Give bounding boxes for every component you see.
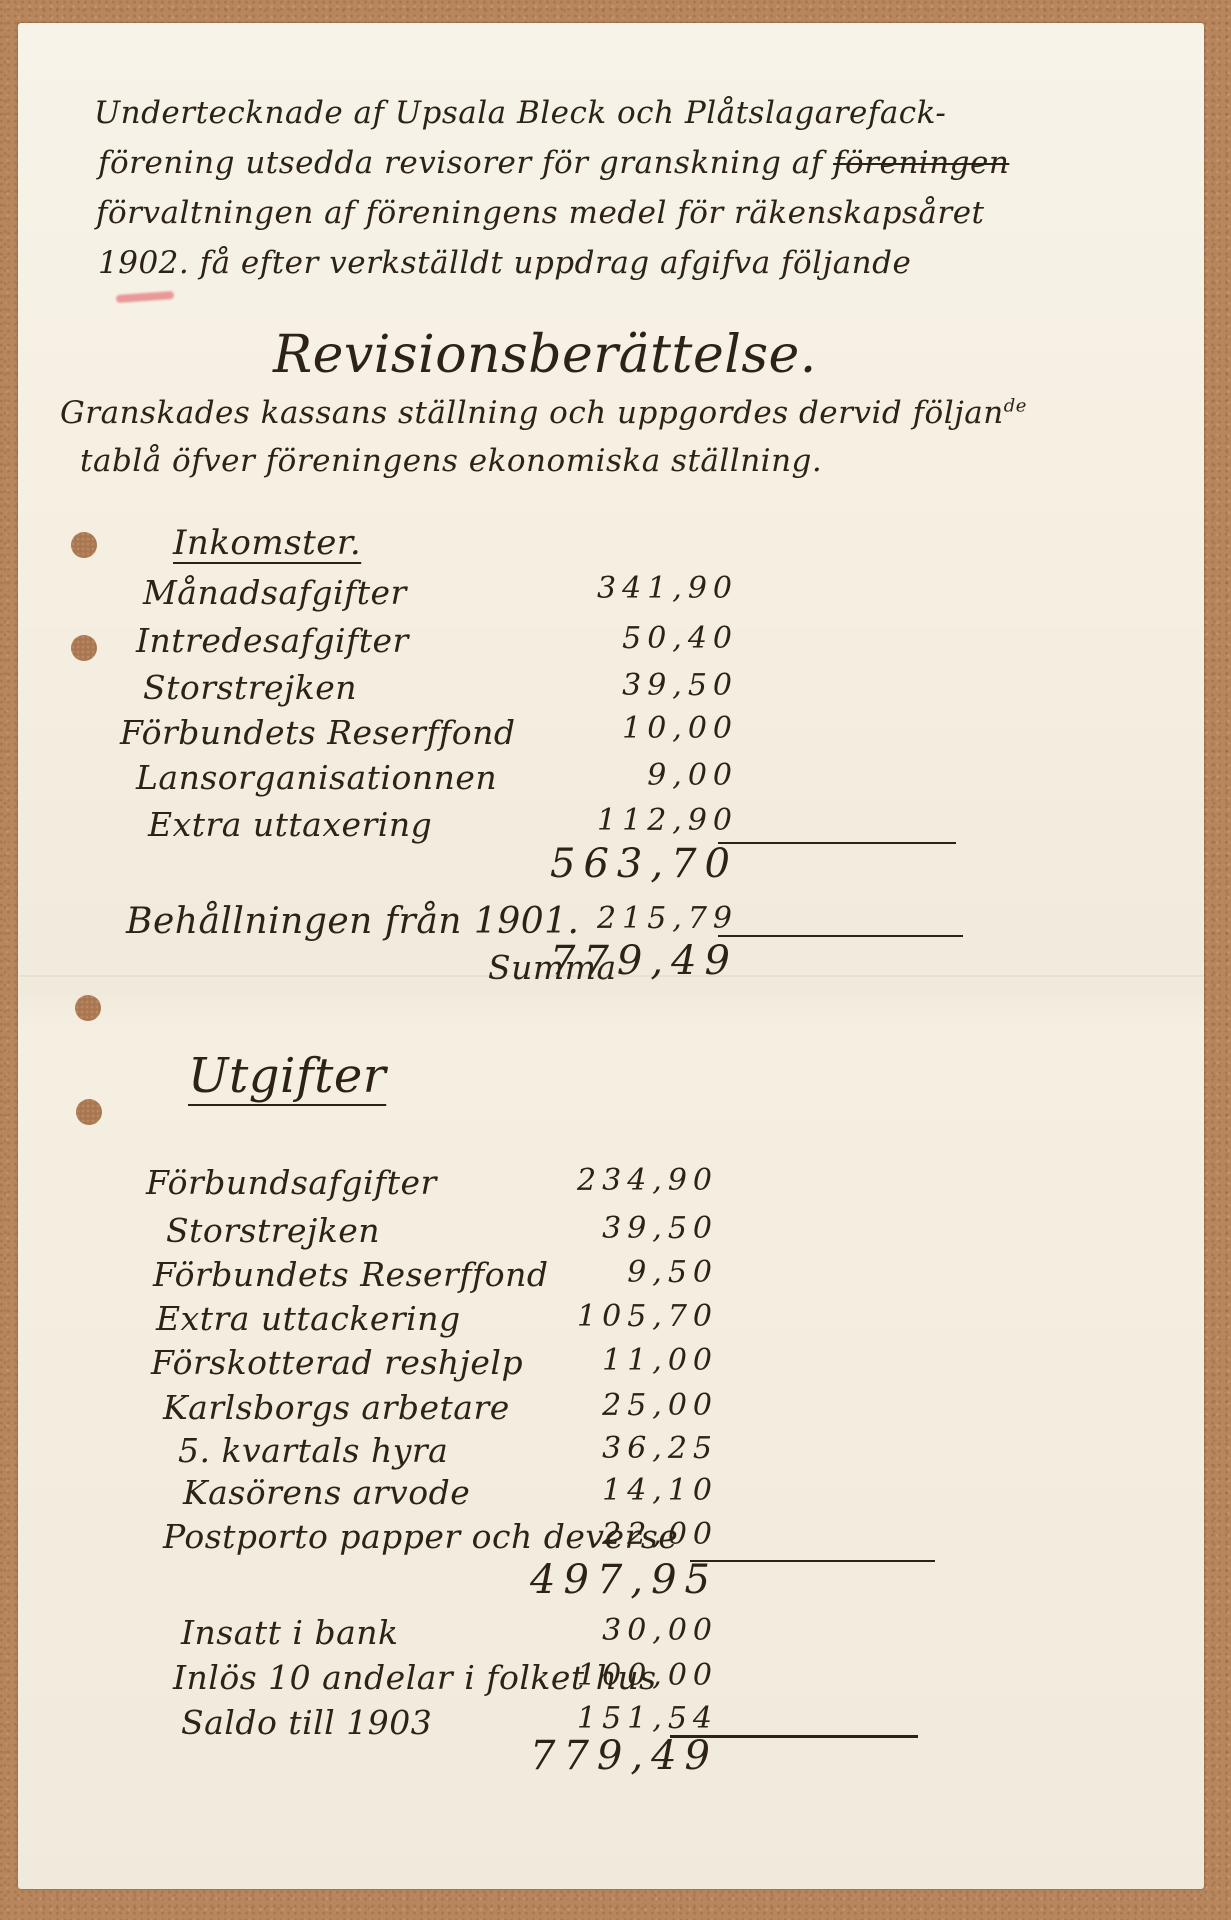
expense-amount: 11,00	[518, 1343, 718, 1378]
expense-amount: 30,00	[518, 1613, 718, 1648]
expense-label: Storstrejken	[166, 1211, 380, 1250]
total-rule	[718, 935, 963, 937]
subtotal-rule	[718, 842, 956, 844]
income-amount: 50,40	[538, 621, 738, 656]
intro-line-2-text: förening utsedda revisorer för gransknin…	[98, 145, 823, 181]
income-label: Lansorganisationnen	[136, 758, 497, 797]
expense-amount: 234,90	[518, 1163, 718, 1198]
income-amount: 341,90	[538, 571, 738, 606]
carryover-label: Behållningen från 1901.	[126, 901, 579, 942]
expense-label: Insatt i bank	[181, 1613, 399, 1652]
expense-label: Saldo till 1903	[181, 1703, 432, 1742]
expenses-heading: Utgifter	[188, 1048, 386, 1104]
superscript-insert: de	[1004, 396, 1027, 417]
expense-label: Förbundets Reserffond	[153, 1255, 549, 1294]
expense-amount: 105,70	[518, 1299, 718, 1334]
income-total: 779,49	[538, 938, 738, 984]
income-label: Förbundets Reserffond	[120, 713, 516, 752]
income-amount: 9,00	[538, 758, 738, 793]
expense-label: 5. kvartals hyra	[178, 1431, 448, 1470]
income-amount: 112,90	[538, 803, 738, 838]
punch-hole	[75, 995, 101, 1021]
expense-subtotal: 497,95	[518, 1557, 718, 1603]
intro-line-1: Undertecknade af Upsala Bleck och Plåtsl…	[94, 95, 946, 131]
expense-label: Karlsborgs arbetare	[163, 1388, 510, 1427]
expense-label: Extra uttackering	[156, 1299, 461, 1338]
expense-amount: 36,25	[518, 1431, 718, 1466]
intro-line-4: 1902. få efter verkställdt uppdrag afgif…	[98, 245, 911, 281]
expense-label: Kasörens arvode	[183, 1473, 470, 1512]
expense-amount: 9,50	[518, 1255, 718, 1290]
income-subtotal: 563,70	[538, 841, 738, 887]
punch-hole	[71, 532, 97, 558]
document-sheet: Undertecknade af Upsala Bleck och Plåtsl…	[18, 23, 1204, 1889]
intro-line-2: förening utsedda revisorer för gransknin…	[98, 145, 1009, 181]
document-title: Revisionsberättelse.	[273, 325, 817, 385]
summary-line-1: Granskades kassans ställning och uppgord…	[60, 395, 1027, 431]
struck-word: föreningen	[833, 145, 1009, 181]
income-heading: Inkomster.	[173, 523, 361, 563]
summary-line-2: tablå öfver föreningens ekonomiska ställ…	[80, 443, 822, 479]
income-label: Extra uttaxering	[148, 805, 432, 844]
income-amount: 10,00	[538, 711, 738, 746]
intro-line-3: förvaltningen af föreningens medel för r…	[96, 195, 985, 231]
expense-total: 779,49	[518, 1733, 718, 1779]
summary-line-1-text: Granskades kassans ställning och uppgord…	[60, 395, 1004, 431]
income-label: Månadsafgifter	[143, 573, 407, 612]
expense-label: Förskotterad reshjelp	[151, 1343, 523, 1382]
red-underline-mark	[116, 291, 174, 303]
income-label: Intredesafgifter	[136, 621, 409, 660]
carryover-amount: 215,79	[538, 901, 738, 936]
subtotal-rule	[690, 1560, 935, 1562]
expense-amount: 14,10	[518, 1473, 718, 1508]
expense-amount: 25,00	[518, 1388, 718, 1423]
income-amount: 39,50	[538, 668, 738, 703]
expense-amount: 39,50	[518, 1211, 718, 1246]
expense-amount: 151,54	[518, 1701, 718, 1736]
expense-label: Förbundsafgifter	[146, 1163, 437, 1202]
punch-hole	[71, 635, 97, 661]
income-label: Storstrejken	[143, 668, 357, 707]
expense-amount: 100,00	[518, 1658, 718, 1693]
punch-hole	[76, 1099, 102, 1125]
expense-amount: 22,00	[518, 1517, 718, 1552]
